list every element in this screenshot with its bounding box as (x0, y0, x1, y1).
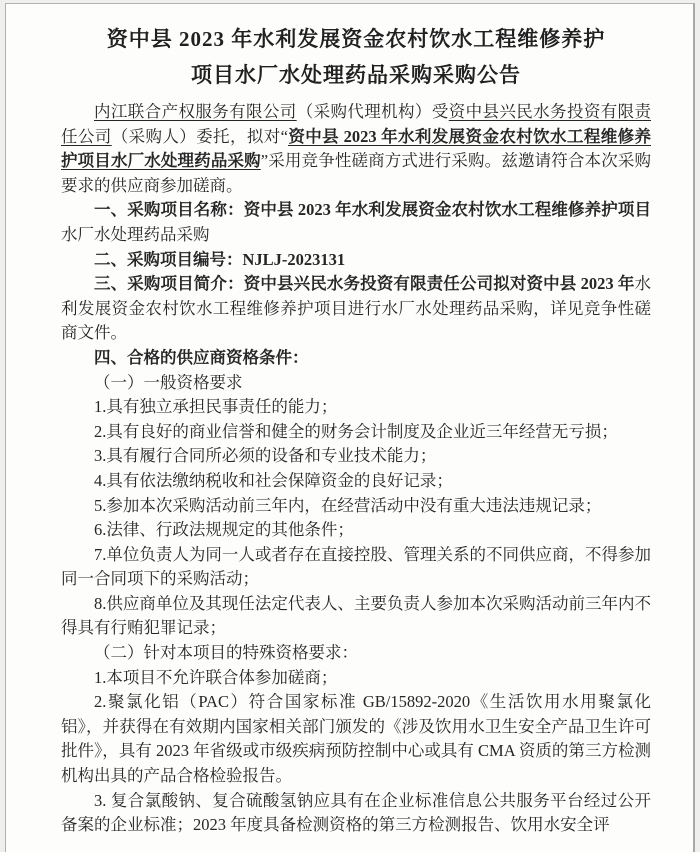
general-requirement-item-7: 7.单位负责人为同一人或者存在直接控股、管理关系的不同供应商，不得参加同一合同项… (61, 543, 651, 592)
section-1-name-rest: 水厂水处理药品采购 (61, 225, 210, 244)
section-project-number: 二、采购项目编号：NJLJ-2023131 (61, 248, 651, 273)
general-requirement-item-2: 2.具有良好的商业信誉和健全的财务会计制度及企业近三年经营无亏损； (61, 420, 651, 445)
section-project-name: 一、采购项目名称：资中县 2023 年水利发展资金农村饮水工程维修养护项目水厂水… (61, 198, 651, 247)
section-3-intro-bold: 资中县兴民水务投资有限责任公司拟对资中县 2023 年 (244, 274, 635, 293)
intro-paragraph: 内江联合产权服务有限公司（采购代理机构）受资中县兴民水务投资有限责任公司（采购人… (61, 100, 651, 198)
title-line-2: 项目水厂水处理药品采购采购公告 (61, 57, 651, 93)
section-2-label: 二、采购项目编号： (94, 250, 243, 269)
agency-role-text: （采购代理机构）受 (297, 102, 449, 121)
general-requirement-item-6: 6.法律、行政法规规定的其他条件； (61, 518, 651, 543)
section-project-summary: 三、采购项目简介：资中县兴民水务投资有限责任公司拟对资中县 2023 年水利发展… (61, 272, 651, 346)
general-requirement-item-5: 5.参加本次采购活动前三年内，在经营活动中没有重大违法违规记录； (61, 494, 651, 519)
special-requirement-item-3: 3. 复合氯酸钠、复合硫酸氢钠应具有在企业标准信息公共服务平台经过公开备案的企业… (61, 789, 651, 838)
purchaser-role-text: （采购人）委托，拟对“ (112, 127, 288, 146)
special-requirement-item-1: 1.本项目不允许联合体参加磋商； (61, 666, 651, 691)
general-requirement-item-1: 1.具有独立承担民事责任的能力； (61, 395, 651, 420)
document-page: 资中县 2023 年水利发展资金农村饮水工程维修养护 项目水厂水处理药品采购采购… (5, 3, 695, 852)
general-requirement-item-4: 4.具有依法缴纳税收和社会保障资金的良好记录； (61, 469, 651, 494)
general-requirement-item-3: 3.具有履行合同所必须的设备和专业技术能力； (61, 444, 651, 469)
general-requirements-heading: （一）一般资格要求 (61, 371, 651, 396)
section-3-label: 三、采购项目简介： (94, 274, 244, 293)
special-requirement-item-2: 2.聚氯化铝（PAC）符合国家标准 GB/15892-2020《生活饮用水用聚氯… (61, 690, 651, 788)
section-1-label: 一、采购项目名称： (94, 200, 244, 219)
project-number-value: NJLJ-2023131 (243, 250, 346, 269)
procurement-agency-name: 内江联合产权服务有限公司 (94, 102, 297, 121)
title-line-1: 资中县 2023 年水利发展资金农村饮水工程维修养护 (61, 21, 651, 57)
section-1-name-bold: 资中县 2023 年水利发展资金农村饮水工程维修养护项目 (244, 200, 651, 219)
document-title: 资中县 2023 年水利发展资金农村饮水工程维修养护 项目水厂水处理药品采购采购… (61, 21, 651, 93)
special-requirements-heading: （二）针对本项目的特殊资格要求： (61, 641, 651, 666)
section-qualification-heading: 四、合格的供应商资格条件： (61, 346, 651, 371)
general-requirement-item-8: 8.供应商单位及其现任法定代表人、主要负责人参加本次采购活动前三年内不得具有行贿… (61, 592, 651, 641)
